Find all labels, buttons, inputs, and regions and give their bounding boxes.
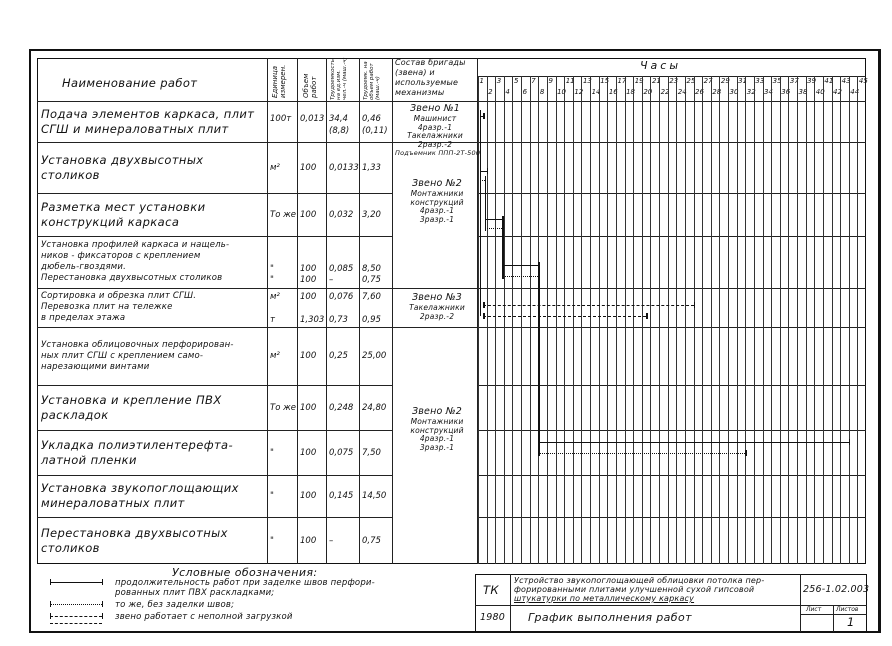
- legend-tick: [50, 601, 51, 607]
- work-name-line: Установка облицовочных перфорирован-: [41, 340, 234, 351]
- cell-volume: 100: [300, 264, 316, 274]
- legend-tick: [102, 579, 103, 585]
- work-name: Установка профилей каркаса и нащель-нико…: [41, 240, 229, 284]
- cell-unit-secondary: т: [270, 315, 275, 325]
- cell-labor-unit: 0,248: [329, 403, 353, 413]
- cell-volume-secondary: 100: [300, 275, 316, 285]
- merge-cover: [393, 516, 477, 519]
- merge-cover: [393, 384, 477, 387]
- hour-gridline: [771, 76, 772, 564]
- hour-gridline: [849, 76, 850, 564]
- work-name: Перестановка двухвысотныхстоликов: [41, 526, 228, 556]
- gantt-connector: [538, 265, 539, 453]
- work-name: Установка облицовочных перфорирован-ных …: [41, 340, 234, 373]
- cell-labor-unit: 0,0133: [329, 163, 359, 173]
- work-name-line: столиков: [41, 168, 204, 183]
- hour-gridline: [745, 76, 746, 564]
- cell-unit-secondary: ": [270, 275, 274, 285]
- bar-end-tick: [483, 113, 484, 119]
- bar-end-tick: [646, 313, 647, 319]
- work-name-line: СГШ и минераловатных плит: [41, 122, 254, 137]
- cell-labor-total-secondary: (0,11): [362, 126, 388, 136]
- work-name-line: Укладка полиэтилентерефта-: [41, 438, 233, 453]
- legend-symbol-dashed-wavy: [50, 623, 102, 624]
- legend-text-line: продолжительность работ при заделке швов…: [115, 578, 375, 588]
- hour-label: 1: [480, 77, 484, 85]
- bar-end-tick: [487, 168, 488, 174]
- cell-unit: То же: [270, 403, 296, 413]
- work-name-line: Подача элементов каркаса, плит: [41, 107, 254, 122]
- hour-gridline: [581, 76, 582, 564]
- work-name-line: Установка профилей каркаса и нащель-: [41, 240, 229, 251]
- col-divider: [297, 58, 298, 564]
- cell-labor-total-secondary: 0,75: [362, 275, 381, 285]
- doc-number: 256-1.02.003: [803, 584, 869, 595]
- crew-line: Подъемник ППП-2Т-500: [395, 149, 475, 158]
- legend-text-line: то же, без заделки швов;: [115, 600, 234, 610]
- cell-labor-total: 14,50: [362, 491, 386, 501]
- bar-end-tick: [745, 450, 746, 456]
- hour-gridline: [564, 76, 565, 564]
- col-divider: [392, 58, 393, 564]
- hour-gridline: [711, 76, 712, 564]
- cell-unit: м²: [270, 351, 280, 361]
- hour-gridline: [590, 76, 591, 564]
- cell-unit: м²: [270, 163, 280, 173]
- legend-symbol-solid: [50, 582, 102, 583]
- hour-gridline: [625, 76, 626, 564]
- cell-volume: 100: [300, 448, 316, 458]
- hour-gridline: [556, 76, 557, 564]
- legend-tick: [50, 613, 51, 619]
- work-name-line: Перестановка двухвысотных столиков: [41, 273, 229, 284]
- sheets-value: 1: [847, 615, 855, 630]
- cell-labor-total: 7,50: [362, 448, 381, 458]
- hour-gridline: [788, 76, 789, 564]
- title-block-divider: [800, 614, 867, 615]
- cell-labor-total: 25,00: [362, 351, 386, 361]
- legend-text: то же, без заделки швов;: [115, 600, 234, 610]
- sheets-label: Листов: [836, 606, 858, 613]
- title-block-divider: [800, 574, 801, 632]
- hour-gridline: [754, 76, 755, 564]
- hour-gridline: [823, 76, 824, 564]
- legend-symbol-wavy: [50, 604, 102, 605]
- cell-labor-total: 3,20: [362, 210, 381, 220]
- gantt-bar-solid: [502, 265, 538, 266]
- sheet-label: Лист: [806, 606, 821, 613]
- merge-cover: [393, 235, 477, 238]
- legend-tick: [50, 579, 51, 585]
- work-name-line: нарезающими винтами: [41, 362, 234, 373]
- hour-gridline: [763, 76, 764, 564]
- hour-gridline: [642, 76, 643, 564]
- header-unit: Единица измерен.: [271, 58, 287, 98]
- work-name: Подача элементов каркаса, плитСГШ и мине…: [41, 107, 254, 137]
- work-name-line: дюбель-гвоздями.: [41, 262, 229, 273]
- hour-gridline: [780, 76, 781, 564]
- crew-line: 3разр.-1: [397, 216, 477, 225]
- work-name-line: Установка и крепление ПВХ: [41, 393, 222, 408]
- gantt-connector: [480, 110, 481, 316]
- gantt-bar-solid: [485, 219, 502, 220]
- crew-crew3: Звено №3Такелажники2разр.-2: [397, 292, 477, 321]
- hour-gridline: [650, 76, 651, 564]
- description-line: форированными плитами улучшенной сухой г…: [514, 585, 764, 594]
- hour-gridline: [840, 76, 841, 564]
- cell-unit: ": [270, 491, 274, 501]
- hour-gridline: [547, 76, 548, 564]
- hour-gridline: [676, 76, 677, 564]
- gantt-bar-dashed: [483, 305, 693, 306]
- crew-crew2b: Звено №2Монтажникиконструкций4разр.-13ра…: [397, 406, 477, 452]
- work-name-line: в пределах этажа: [41, 313, 196, 324]
- hour-gridline: [599, 76, 600, 564]
- hour-gridline: [504, 76, 505, 564]
- work-name-line: Установка двухвысотных: [41, 153, 204, 168]
- work-name-line: ников - фиксаторов с креплением: [41, 251, 229, 262]
- cell-labor-unit: 34,4: [329, 114, 348, 124]
- crew-line: 2разр.-2: [397, 313, 477, 322]
- hour-gridline: [668, 76, 669, 564]
- gantt-connector: [502, 219, 503, 276]
- cell-labor-unit-secondary: 0,73: [329, 315, 348, 325]
- hour-label: 7: [531, 77, 535, 85]
- cell-labor-unit: 0,076: [329, 292, 353, 302]
- cell-volume: 0,013: [300, 114, 324, 124]
- col-divider: [326, 58, 327, 564]
- cell-labor-total: 1,33: [362, 163, 381, 173]
- hour-label: 4: [505, 88, 509, 96]
- legend-text-line: рованных плит ПВХ раскладками;: [115, 588, 375, 598]
- cell-volume: 100: [300, 536, 316, 546]
- header-crew: Состав бригады (звена) и используемые ме…: [395, 58, 475, 98]
- work-name-line: Перевозка плит на тележке: [41, 302, 196, 313]
- hour-gridline: [495, 76, 496, 564]
- legend-tick: [102, 613, 103, 619]
- crew-line: 2разр.-2: [395, 141, 475, 150]
- title-block-code: ТК: [483, 583, 499, 598]
- gantt-bar-wavy: [485, 228, 502, 229]
- title-block-description: Устройство звукопоглощающей облицовки по…: [514, 576, 764, 603]
- cell-unit: ": [270, 448, 274, 458]
- hour-label: 45: [859, 77, 868, 85]
- cell-labor-unit: 0,25: [329, 351, 348, 361]
- cell-labor-unit: 0,085: [329, 264, 353, 274]
- col-divider: [359, 58, 360, 564]
- hour-gridline: [487, 76, 488, 564]
- header-labor-total: Трудоемк. на объем работ (маш.-ч): [363, 56, 381, 100]
- work-name-line: Сортировка и обрезка плит СГШ.: [41, 291, 196, 302]
- cell-volume: 100: [300, 210, 316, 220]
- work-name-line: столиков: [41, 541, 228, 556]
- cell-volume-secondary: 1,303: [300, 315, 324, 325]
- hour-gridline: [573, 76, 574, 564]
- work-name-line: конструкций каркаса: [41, 215, 205, 230]
- cell-labor-total-secondary: 0,95: [362, 315, 381, 325]
- header-work-name: Наименование работ: [62, 76, 197, 91]
- hour-gridline: [702, 76, 703, 564]
- sheet-title: График выполнения работ: [528, 610, 692, 625]
- description-line: штукатурки по металлическому каркасу: [514, 594, 764, 603]
- hour-label: 8: [540, 88, 544, 96]
- gantt-bar-solid: [538, 442, 848, 443]
- legend-symbol-dashed: [50, 616, 102, 617]
- row-divider: [37, 288, 866, 289]
- cell-volume: 100: [300, 163, 316, 173]
- header-volume: Объем работ: [302, 58, 318, 98]
- work-name-line: Разметка мест установки: [41, 200, 205, 215]
- hour-gridline: [685, 76, 686, 564]
- cell-volume: 100: [300, 403, 316, 413]
- cell-volume: 100: [300, 491, 316, 501]
- cell-labor-total: 7,60: [362, 292, 381, 302]
- row-divider: [37, 327, 866, 328]
- work-name-line: раскладок: [41, 408, 222, 423]
- hour-label: 3: [497, 77, 501, 85]
- work-name: Укладка полиэтилентерефта-латной пленки: [41, 438, 233, 468]
- header-labor-unit: Трудоемкость на ед.изм. чел.-ч (маш.-ч): [330, 56, 348, 100]
- hour-gridline: [633, 76, 634, 564]
- crew-crew2a: Звено №2Монтажникиконструкций4разр.-13ра…: [397, 178, 477, 224]
- hour-gridline: [857, 76, 858, 564]
- cell-unit: 100т: [270, 114, 291, 124]
- cell-labor-unit: 0,032: [329, 210, 353, 220]
- cell-labor-unit: 0,145: [329, 491, 353, 501]
- work-name: Установка и крепление ПВХраскладок: [41, 393, 222, 423]
- hour-label: 5: [514, 77, 518, 85]
- hour-gridline: [512, 76, 513, 564]
- hour-gridline: [521, 76, 522, 564]
- hour-gridline: [719, 76, 720, 564]
- gantt-bar-wavy: [502, 276, 538, 277]
- legend-text: звено работает с неполной загрузкой: [115, 612, 293, 622]
- cell-unit: То же: [270, 210, 296, 220]
- hour-label: 6: [523, 88, 527, 96]
- work-name: Разметка мест установкиконструкций карка…: [41, 200, 205, 230]
- legend-tick: [102, 601, 103, 607]
- hour-gridline: [694, 76, 695, 564]
- title-block-divider: [833, 605, 834, 632]
- cell-labor-total: 8,50: [362, 264, 381, 274]
- hour-gridline: [530, 76, 531, 564]
- title-block-year: 1980: [480, 612, 505, 623]
- cell-labor-unit-secondary: (8,8): [329, 126, 349, 136]
- legend-text-line: звено работает с неполной загрузкой: [115, 612, 293, 622]
- hour-gridline: [832, 76, 833, 564]
- work-name: Установка двухвысотныхстоликов: [41, 153, 204, 183]
- cell-unit: ": [270, 536, 274, 546]
- hour-label: 9: [548, 77, 552, 85]
- work-name-line: Установка звукопоглощающих: [41, 481, 239, 496]
- hour-gridline: [728, 76, 729, 564]
- hour-gridline: [659, 76, 660, 564]
- work-name-line: Перестановка двухвысотных: [41, 526, 228, 541]
- work-name: Сортировка и обрезка плит СГШ.Перевозка …: [41, 291, 196, 324]
- cell-labor-total: 24,80: [362, 403, 386, 413]
- crew-line: 3разр.-1: [397, 444, 477, 453]
- bar-end-tick: [483, 302, 484, 308]
- cell-unit: ": [270, 264, 274, 274]
- hour-gridline: [737, 76, 738, 564]
- cell-volume: 100: [300, 292, 316, 302]
- hour-label: 2: [488, 88, 492, 96]
- work-name: Установка звукопоглощающихминераловатных…: [41, 481, 239, 511]
- cell-labor-total: 0,46: [362, 114, 381, 124]
- crew-crew1: Звено №1Машинист4разр.-1Такелажники2разр…: [395, 103, 475, 158]
- merge-cover: [393, 474, 477, 477]
- work-name-line: латной пленки: [41, 453, 233, 468]
- cell-labor-total: 0,75: [362, 536, 381, 546]
- cell-labor-unit-secondary: –: [329, 275, 333, 285]
- work-name-line: минераловатных плит: [41, 496, 239, 511]
- bar-end-tick: [483, 313, 484, 319]
- header-hours-title: Часы: [640, 58, 681, 73]
- work-name-line: ных плит СГШ с креплением само-: [41, 351, 234, 362]
- description-line: Устройство звукопоглощающей облицовки по…: [514, 576, 764, 585]
- gantt-bar-dashed-wavy: [483, 316, 646, 317]
- hour-gridline: [607, 76, 608, 564]
- hour-gridline: [806, 76, 807, 564]
- title-block-divider: [510, 574, 511, 632]
- legend-text: продолжительность работ при заделке швов…: [115, 578, 375, 598]
- cell-labor-unit: 0,075: [329, 448, 353, 458]
- hour-gridline: [797, 76, 798, 564]
- header-divider: [37, 101, 866, 102]
- cell-labor-unit: –: [329, 536, 333, 546]
- bar-end-tick: [849, 439, 850, 445]
- gantt-connector: [485, 176, 486, 228]
- hour-gridline: [616, 76, 617, 564]
- cell-volume: 100: [300, 351, 316, 361]
- gantt-bar-wavy: [538, 453, 745, 454]
- bar-end-tick: [694, 302, 695, 308]
- cell-unit: м²: [270, 292, 280, 302]
- hour-gridline: [814, 76, 815, 564]
- col-divider: [267, 58, 268, 564]
